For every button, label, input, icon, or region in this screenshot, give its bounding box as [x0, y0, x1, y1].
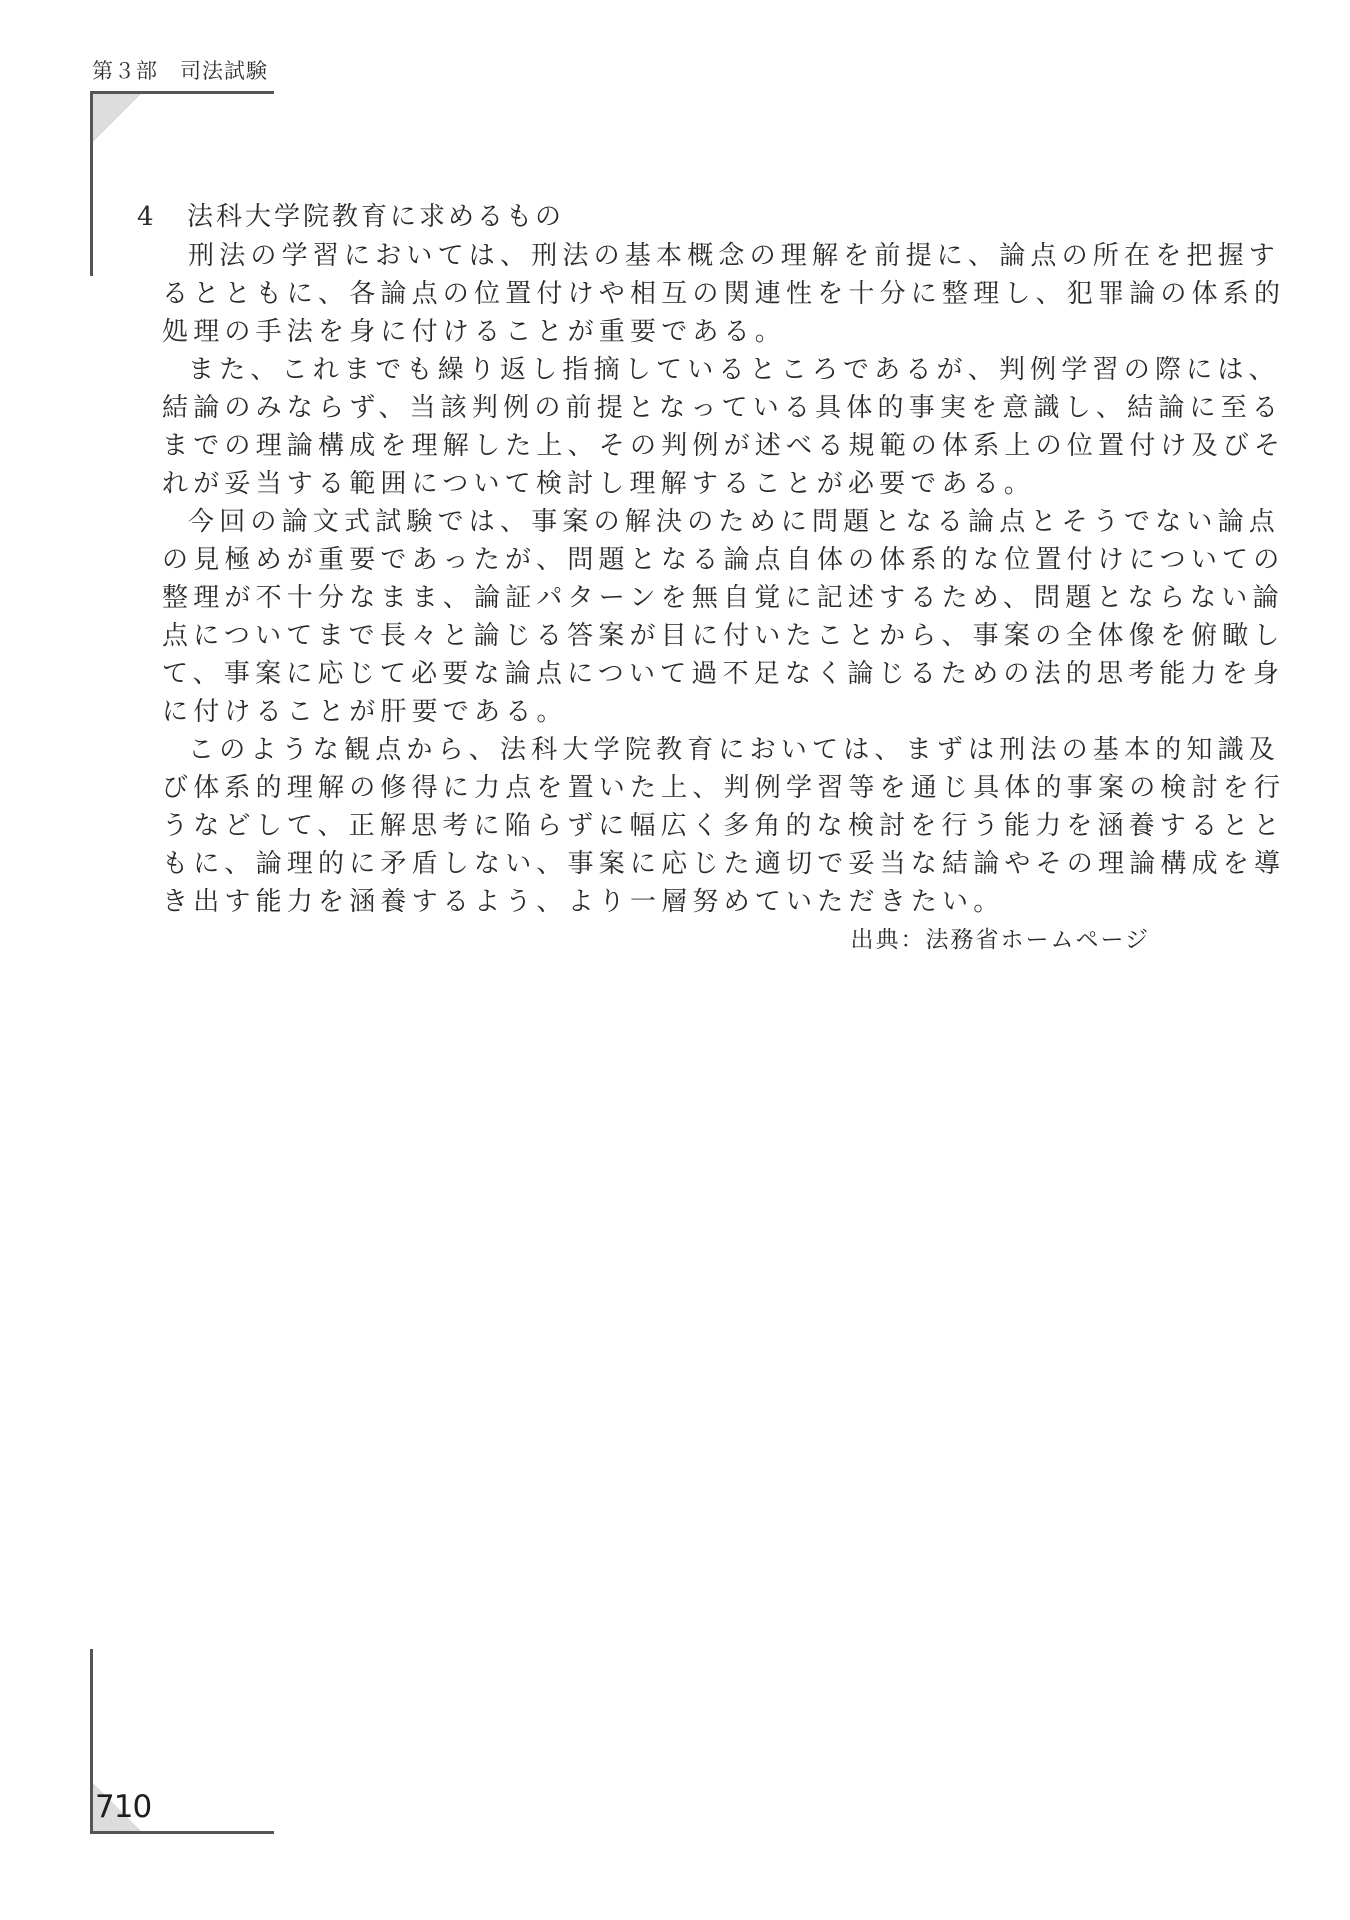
page-body: 4 法科大学院教育に求めるもの 刑法の学習においては、刑法の基本概念の理解を前提…: [162, 197, 1152, 959]
paragraph-line: に付けることが肝要である。: [162, 693, 1152, 731]
paragraph-line: 処理の手法を身に付けることが重要である。: [162, 313, 1152, 351]
paragraph-line: れが妥当する範囲について検討し理解することが必要である。: [162, 465, 1152, 503]
paragraph-1: 刑法の学習においては、刑法の基本概念の理解を前提に、論点の所在を把握す るととも…: [162, 237, 1152, 351]
paragraph-line: 今回の論文式試験では、事案の解決のために問題となる論点とそうでない論点: [162, 503, 1152, 541]
top-corner-triangle-icon: [93, 94, 141, 142]
paragraph-line: の見極めが重要であったが、問題となる論点自体の体系的な位置付けについての: [162, 541, 1152, 579]
paragraph-line: うなどして、正解思考に陥らずに幅広く多角的な検討を行う能力を涵養するとと: [162, 807, 1152, 845]
paragraph-line: 刑法の学習においては、刑法の基本概念の理解を前提に、論点の所在を把握す: [162, 237, 1152, 275]
section-number: 4: [137, 197, 187, 237]
page-number: 710: [95, 1792, 151, 1823]
paragraph-line: また、これまでも繰り返し指摘しているところであるが、判例学習の際には、: [162, 351, 1152, 389]
paragraph-line: て、事案に応じて必要な論点について過不足なく論じるための法的思考能力を身: [162, 655, 1152, 693]
paragraph-line: 結論のみならず、当該判例の前提となっている具体的事実を意識し、結論に至る: [162, 389, 1152, 427]
paragraph-line: 点についてまで長々と論じる答案が目に付いたことから、事案の全体像を俯瞰し: [162, 617, 1152, 655]
paragraph-line: き出す能力を涵養するよう、より一層努めていただきたい。: [162, 883, 1152, 921]
section-title: 法科大学院教育に求めるもの: [187, 197, 564, 237]
source-citation: 出典：法務省ホームページ: [162, 921, 1150, 959]
paragraph-2: また、これまでも繰り返し指摘しているところであるが、判例学習の際には、 結論のみ…: [162, 351, 1152, 503]
bottom-frame-rule: [90, 1831, 274, 1834]
paragraph-3: 今回の論文式試験では、事案の解決のために問題となる論点とそうでない論点 の見極め…: [162, 503, 1152, 731]
section-heading: 4 法科大学院教育に求めるもの: [137, 197, 1152, 237]
paragraph-line: までの理論構成を理解した上、その判例が述べる規範の体系上の位置付け及びそ: [162, 427, 1152, 465]
paragraph-line: 整理が不十分なまま、論証パターンを無自覚に記述するため、問題とならない論: [162, 579, 1152, 617]
paragraph-line: び体系的理解の修得に力点を置いた上、判例学習等を通じ具体的事案の検討を行: [162, 769, 1152, 807]
running-head: 第３部 司法試験: [92, 55, 268, 85]
paragraph-4: このような観点から、法科大学院教育においては、まずは刑法の基本的知識及 び体系的…: [162, 731, 1152, 921]
paragraph-line: るとともに、各論点の位置付けや相互の関連性を十分に整理し、犯罪論の体系的: [162, 275, 1152, 313]
paragraph-line: このような観点から、法科大学院教育においては、まずは刑法の基本的知識及: [162, 731, 1152, 769]
paragraph-line: もに、論理的に矛盾しない、事案に応じた適切で妥当な結論やその理論構成を導: [162, 845, 1152, 883]
